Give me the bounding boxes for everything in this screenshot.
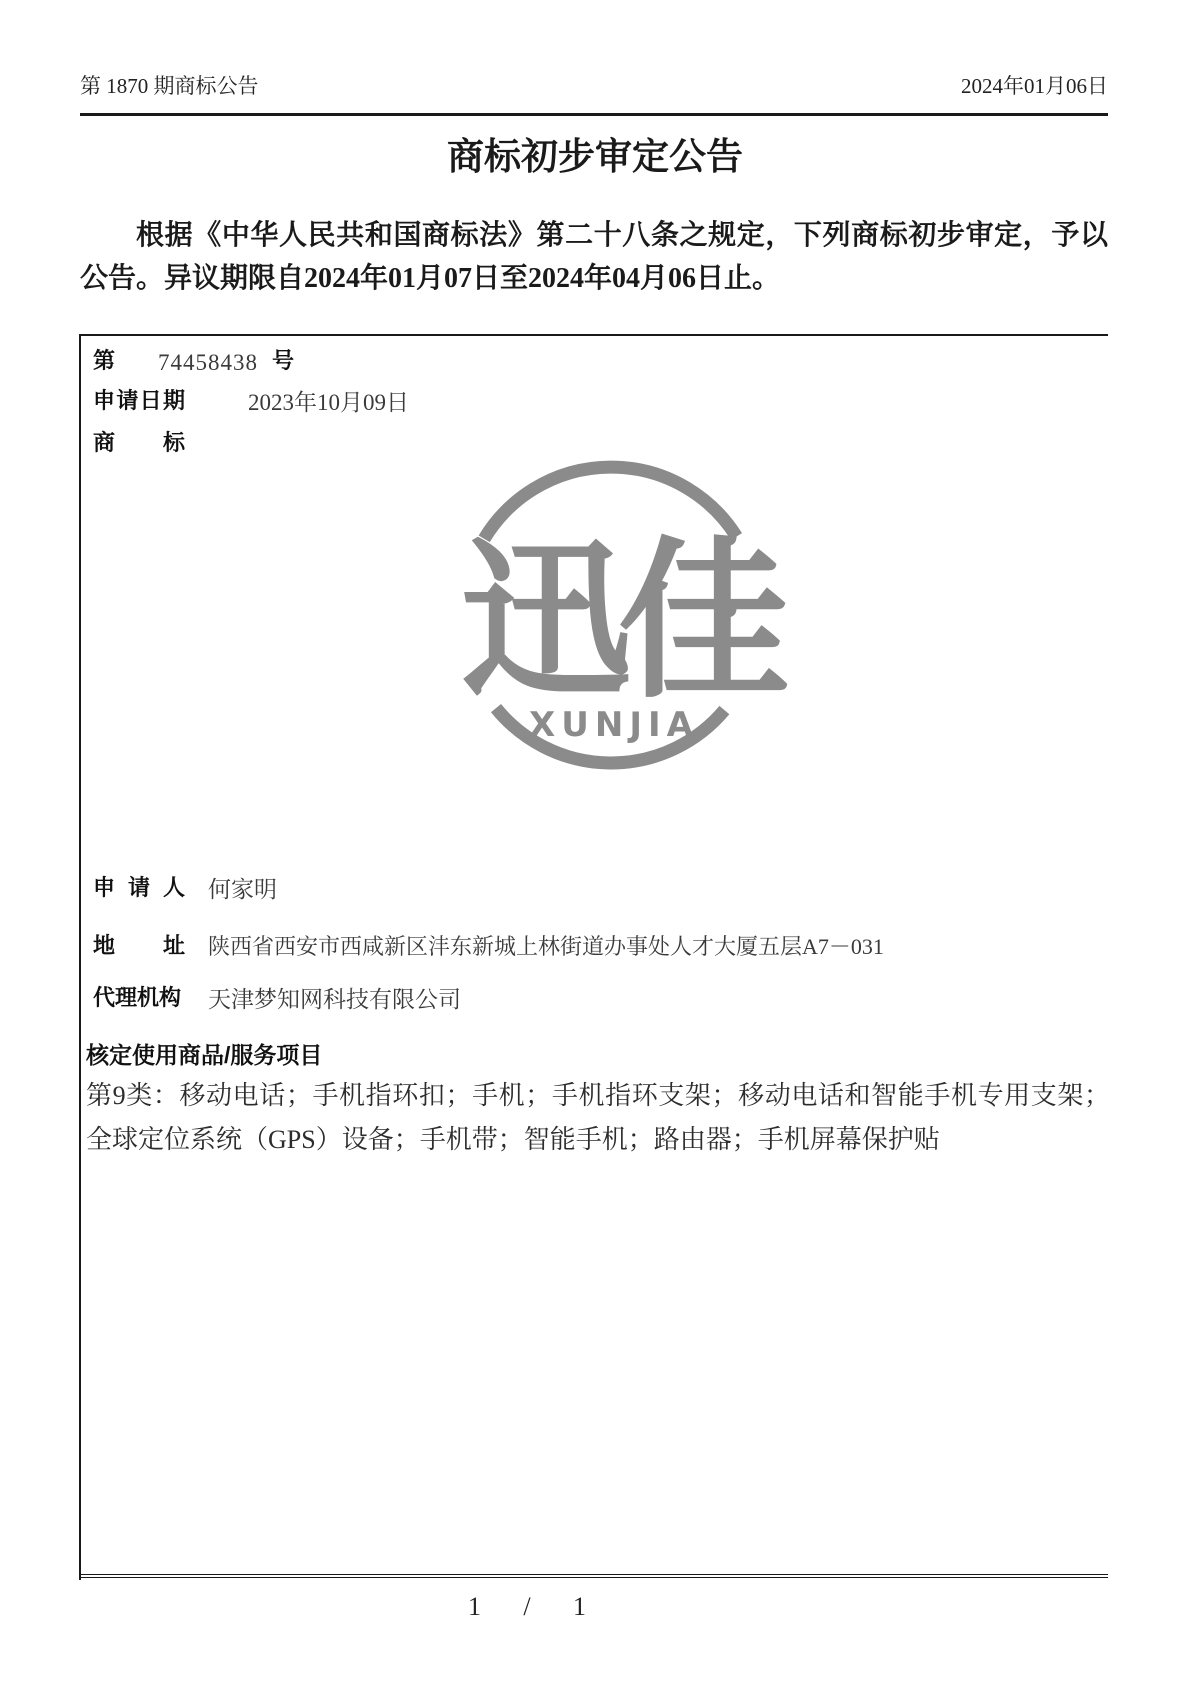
footer-rule [79,1574,1108,1578]
form-top-rule [79,334,1108,336]
goods-services-text: 第9类：移动电话；手机指环扣；手机；手机指环支架；移动电话和智能手机专用支架；全… [86,1074,1110,1162]
applicant-value: 何家明 [208,877,277,902]
agent-label: 代理机构 [93,986,181,1010]
trademark-logo: 迅佳 XUNJIA [426,452,796,782]
registration-number: 74458438 [158,350,258,375]
current-page: 1 [468,1592,481,1622]
trademark-label: 商标 [93,431,185,455]
header-rule [80,113,1108,116]
application-date-value: 2023年10月09日 [248,390,409,415]
header-date: 2024年01月06日 [700,70,1108,100]
address-value: 陕西省西安市西咸新区沣东新城上林街道办事处人才大厦五层A7－031 [208,935,884,959]
gazette-page: 第 1870 期商标公告 2024年01月06日 商标初步审定公告 根据《中华人… [0,0,1190,1684]
page-separator: / [523,1592,530,1622]
page-title: 商标初步审定公告 [0,138,1190,179]
goods-services-header: 核定使用商品/服务项目 [86,1037,322,1070]
form-left-border [79,334,81,1580]
applicant-label: 申请人 [93,876,185,900]
agent-value: 天津梦知网科技有限公司 [208,987,461,1012]
logo-latin-wordmark: XUNJIA [426,708,796,742]
application-date-label: 申请日期 [93,389,185,413]
intro-paragraph: 根据《中华人民共和国商标法》第二十八条之规定，下列商标初步审定，予以公告。异议期… [80,214,1108,300]
total-pages: 1 [573,1592,586,1622]
address-label: 地址 [93,934,185,958]
logo-chinese-wordmark: 迅佳 [426,536,796,708]
header-issue-label: 第 1870 期商标公告 [80,70,259,100]
number-suffix-label: 号 [272,349,294,373]
number-prefix-label: 第 [93,349,115,373]
page-number: 1 / 1 [468,1592,586,1622]
